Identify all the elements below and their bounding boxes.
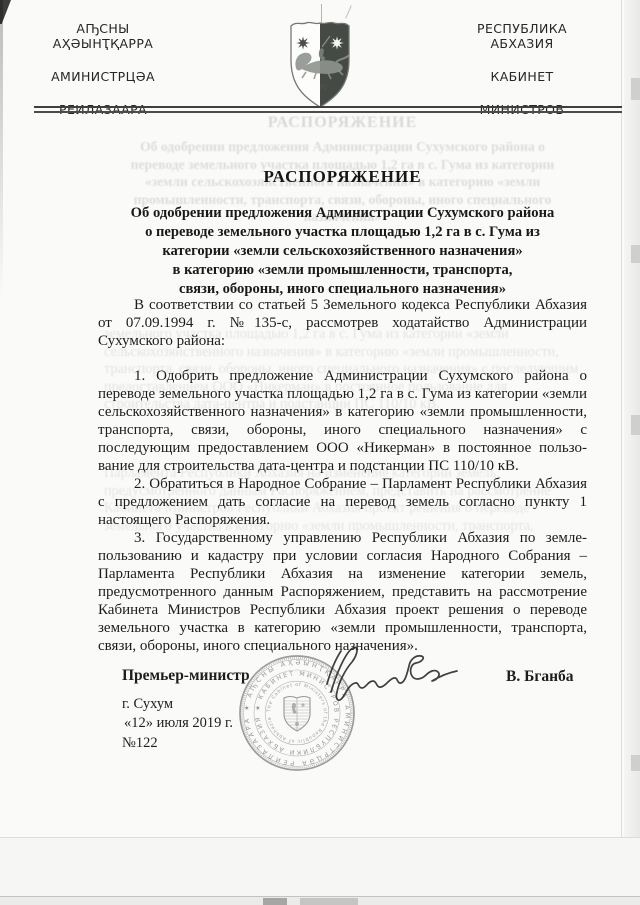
letterhead-divider-rule <box>34 106 622 113</box>
document-body: В соответствии со статьей 5 Земельного к… <box>98 296 587 655</box>
issue-city: г. Сухум <box>122 696 173 713</box>
letterhead-russian: РЕСПУБЛИКА АБХАЗИЯ КАБИНЕТ МИНИСТРОВ <box>447 21 597 117</box>
scan-smudge <box>263 898 287 905</box>
paragraph-item-2: 2. Обратиться в Народное Собрание – Парл… <box>98 475 587 529</box>
scan-edge-artifact <box>631 245 640 263</box>
scan-edge-artifact <box>631 755 640 771</box>
lower-page-band <box>0 838 640 896</box>
signatory-role: Премьер-министр <box>122 667 250 685</box>
issue-date: «12» июля 2019 г. <box>124 715 233 732</box>
abkhazia-coat-of-arms-icon <box>286 16 354 114</box>
document-subtitle: Об одобрении предложения Администрации С… <box>98 204 587 299</box>
scanned-decree-page: АҦСНЫ АҲӘЫНҬҚАРРА АМИНИСТРЦӘА РЕИЛАЗААРА <box>0 0 640 905</box>
handwritten-signature-icon <box>323 636 463 708</box>
letterhead-russian-line: КАБИНЕТ <box>447 69 597 84</box>
right-page-seam <box>621 0 622 905</box>
letterhead-russian-line: РЕСПУБЛИКА АБХАЗИЯ <box>447 21 597 51</box>
letterhead-abkhaz-line: АҦСНЫ АҲӘЫНҬҚАРРА <box>28 21 178 51</box>
paragraph-item-1: 1. Одобрить предложение Администрации Су… <box>98 367 587 475</box>
scan-smudge <box>300 898 358 905</box>
left-page-edge <box>0 0 3 300</box>
document-title: РАСПОРЯЖЕНИЕ <box>98 167 587 187</box>
scan-edge-artifact <box>631 415 640 435</box>
scan-edge-artifact <box>631 78 640 100</box>
paragraph-preamble: В соответствии со статьей 5 Земельного к… <box>98 296 587 350</box>
letterhead-abkhaz-line: АМИНИСТРЦӘА <box>28 69 178 84</box>
signatory-name: В. Бганба <box>506 668 574 686</box>
document-number: №122 <box>122 735 158 752</box>
letterhead-abkhaz: АҦСНЫ АҲӘЫНҬҚАРРА АМИНИСТРЦӘА РЕИЛАЗААРА <box>28 21 178 117</box>
